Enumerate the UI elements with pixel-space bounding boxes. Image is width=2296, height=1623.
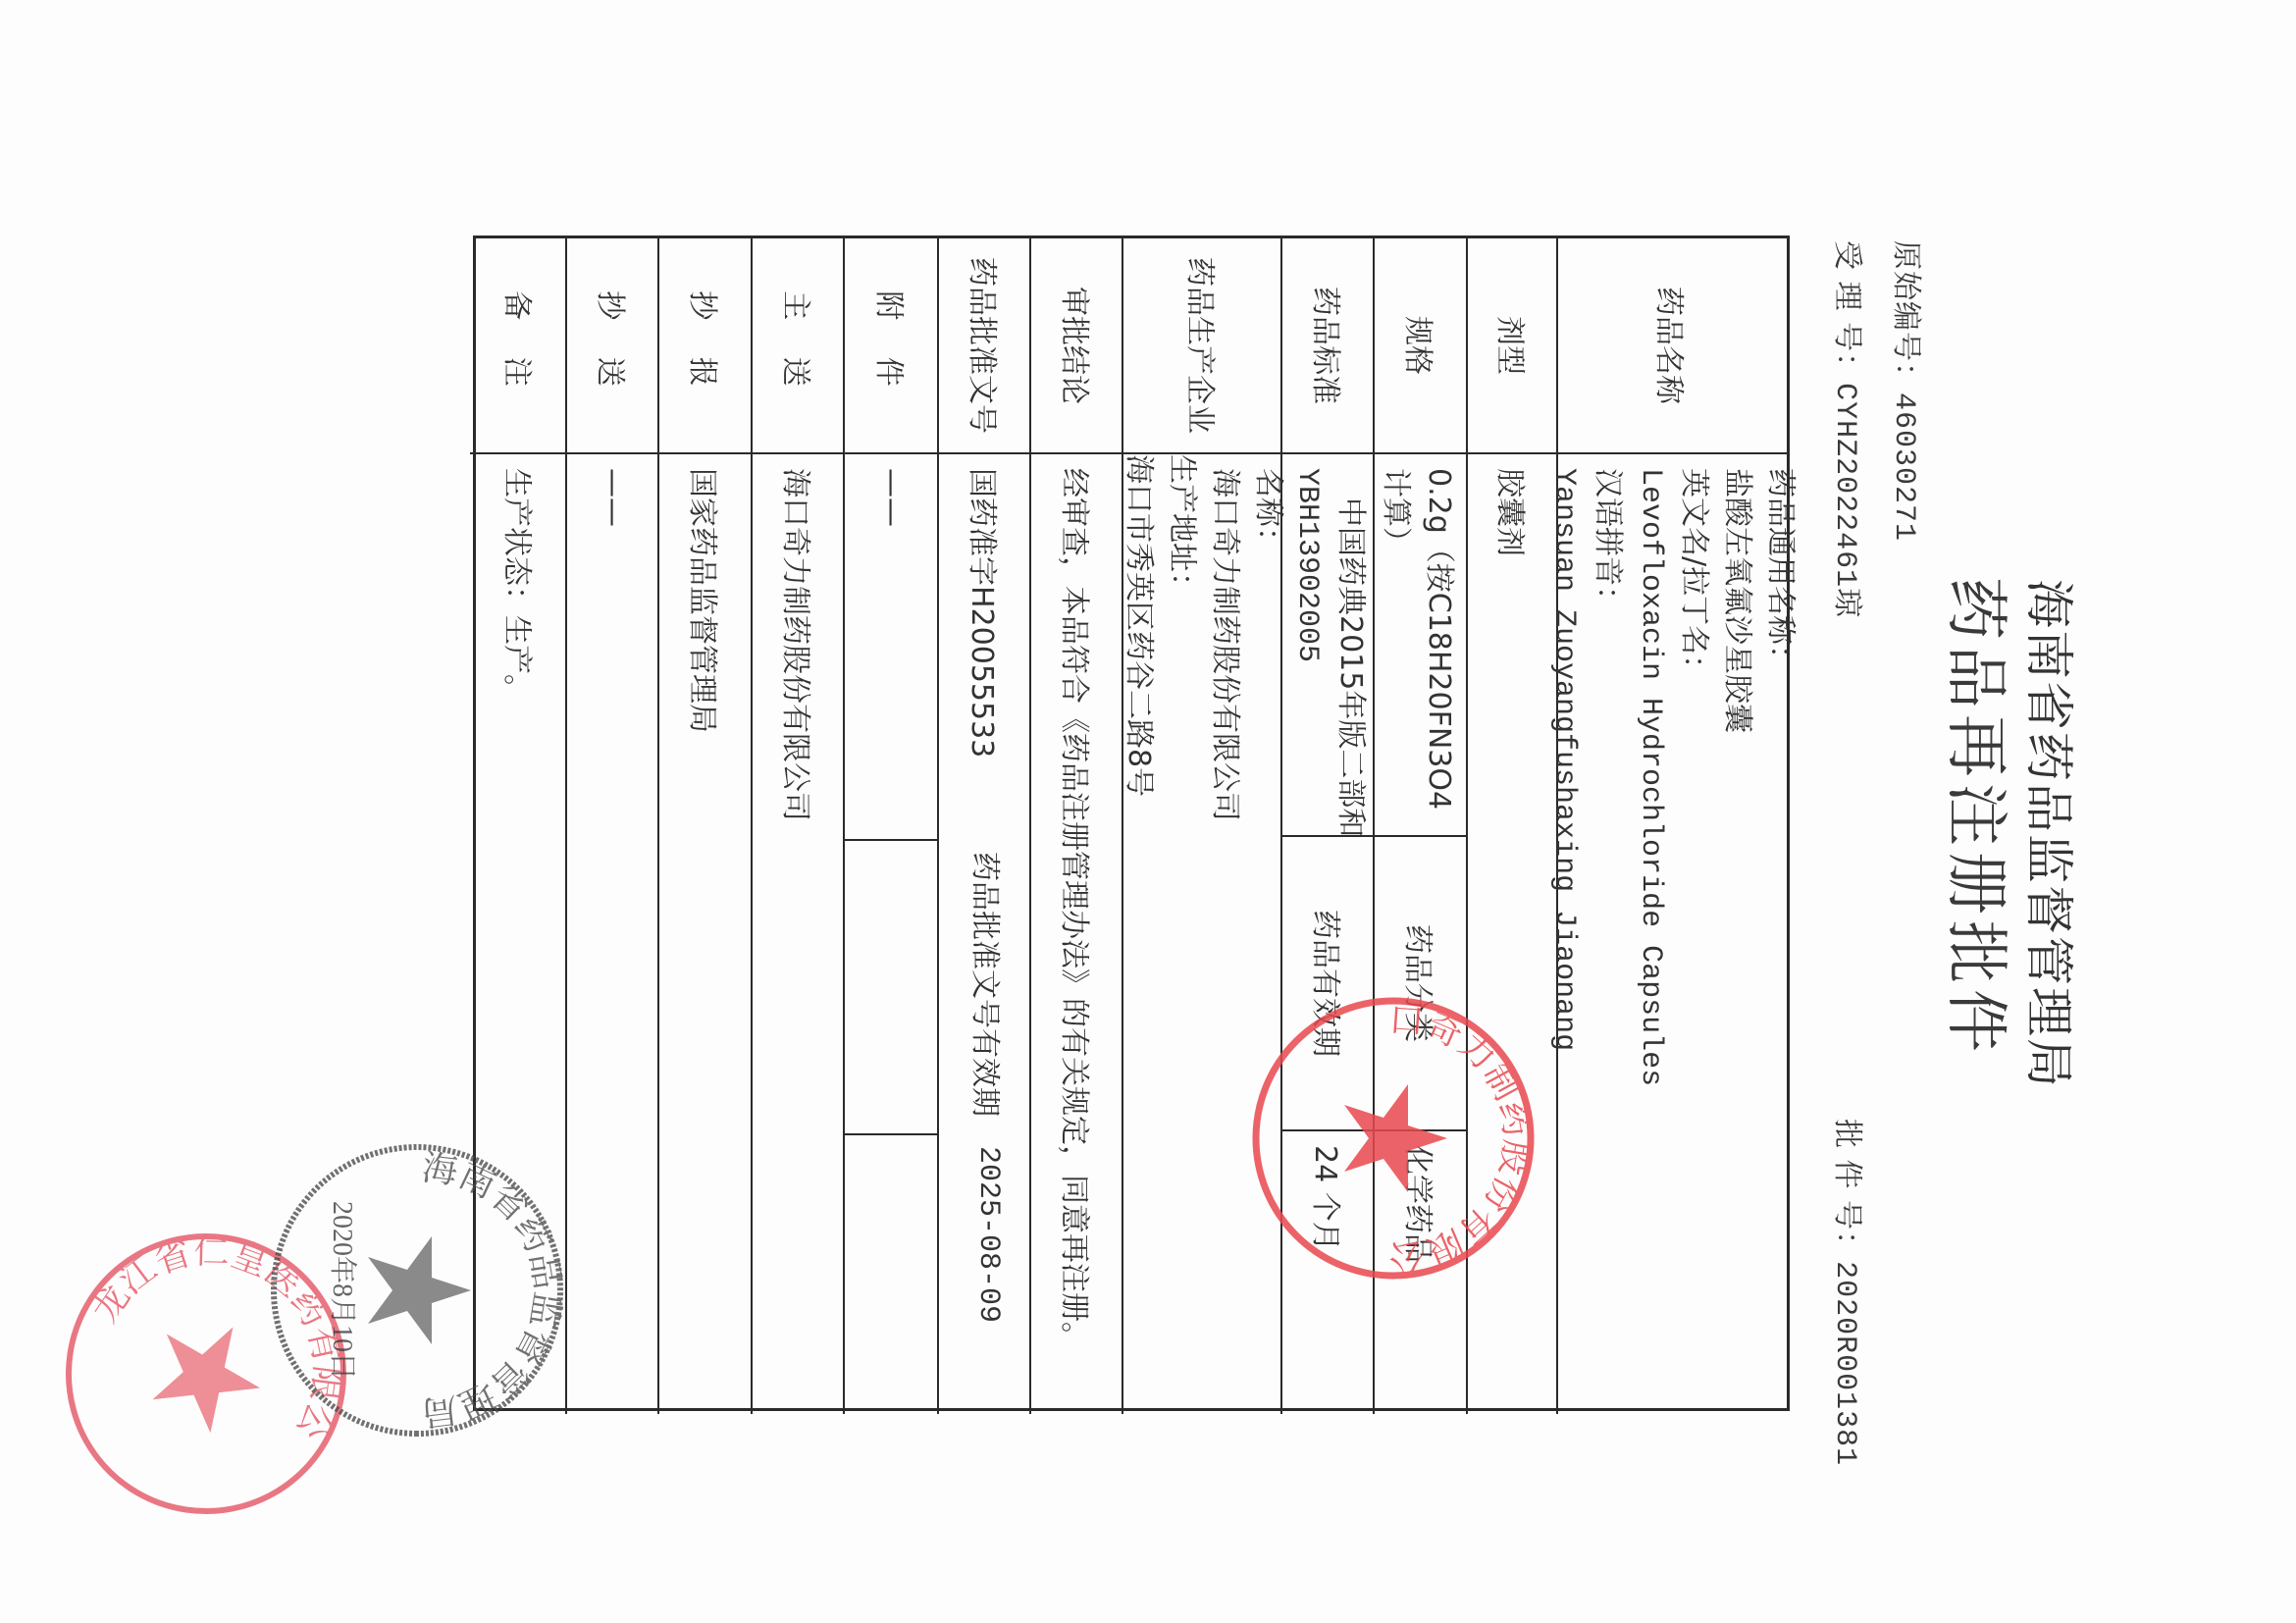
acceptance-number-label: 受 理 号： <box>1830 240 1864 383</box>
approval-validity-value: 2025-08-09 <box>942 1132 1034 1411</box>
approval-number-label: 药品批准文号 <box>939 238 1031 452</box>
pinyin-name-label: 汉语拼音： <box>1587 468 1630 1051</box>
original-number: 原始编号：46030271 <box>1887 240 1931 542</box>
english-name: 英文名/拉丁名：Levofloxacin Hydrochloride Capsu… <box>1630 468 1716 1086</box>
conclusion-label: 审批结论 <box>1031 238 1123 452</box>
authority-seal-stamp: 海南省药品监督管理局 2020年8月10日 <box>265 1138 569 1442</box>
attachment-value: —— <box>845 454 939 837</box>
attachment-label: 附 件 <box>845 238 939 452</box>
standard-value: 中国药典2015年版二部和 YBH13902005 <box>1282 454 1375 835</box>
approval-document-number-label: 批 件 号： <box>1830 1119 1864 1261</box>
manufacturer-name-label: 名称： <box>1246 468 1289 821</box>
english-name-label: 英文名/拉丁名： <box>1673 468 1716 1086</box>
document-page: 海南省药品监督管理局 药品再注册批件 原始编号：46030271 受 理 号：C… <box>0 0 2296 1623</box>
manufacturer-label: 药品生产企业 <box>1123 238 1282 452</box>
report-to-value: 国家药品监督管理局 <box>659 454 753 1414</box>
agency-name: 海南省药品监督管理局 <box>2017 579 2088 1089</box>
main-recipient-label: 主 送 <box>753 238 845 452</box>
acceptance-number-value: CYHZ2022461琼 <box>1828 383 1861 618</box>
manufacturer-address-label: 生产地址： <box>1160 454 1203 797</box>
manufacturer-name: 名称：海口奇力制药股份有限公司 <box>1203 468 1289 821</box>
generic-name-value: 盐酸左氧氟沙星胶囊 <box>1716 468 1759 733</box>
registration-table: 药品名称 药品通用名称：盐酸左氧氟沙星胶囊 英文名/拉丁名：Levofloxac… <box>473 236 1790 1411</box>
original-number-value: 46030271 <box>1887 393 1920 542</box>
company-seal-stamp: 海口奇力制药股份有限公司 <box>1246 991 1540 1285</box>
authority-seal-icon: 海南省药品监督管理局 2020年8月10日 <box>265 1138 569 1442</box>
original-number-label: 原始编号： <box>1889 240 1923 393</box>
approval-document-number: 批 件 号：2020R001381 <box>1828 1119 1872 1466</box>
document-title: 药品再注册批件 <box>1936 577 2026 1058</box>
dosage-form-label: 剂型 <box>1468 238 1558 452</box>
svg-text:2020年8月10日: 2020年8月10日 <box>327 1201 358 1380</box>
approval-validity-label: 药品批准文号有效期 <box>942 838 1034 1130</box>
acceptance-number: 受 理 号：CYHZ2022461琼 <box>1828 240 1872 618</box>
generic-name-label: 药品通用名称： <box>1759 468 1802 733</box>
company-seal-icon: 海口奇力制药股份有限公司 <box>1246 991 1540 1285</box>
specification-value: 0.2g（按C18H20FN3O4计算） <box>1375 454 1468 835</box>
drug-name-label: 药品名称 <box>1558 238 1787 452</box>
conclusion-value: 经审查，本品符合《药品注册管理办法》的有关规定，同意再注册。 <box>1031 454 1123 1414</box>
main-recipient-value: 海口奇力制药股份有限公司 <box>753 454 845 1414</box>
generic-name: 药品通用名称：盐酸左氧氟沙星胶囊 <box>1716 468 1802 733</box>
manufacturer-name-value: 海口奇力制药股份有限公司 <box>1203 468 1246 821</box>
drug-name-values: 药品通用名称：盐酸左氧氟沙星胶囊 英文名/拉丁名：Levofloxacin Hy… <box>1558 454 1787 1414</box>
manufacturer-address: 生产地址：海口市秀英区药谷二路8号 <box>1117 454 1203 797</box>
report-to-label: 抄 报 <box>659 238 753 452</box>
standard-label: 药品标准 <box>1282 238 1375 452</box>
copy-to-value: —— <box>567 454 659 1414</box>
copy-to-label: 抄 送 <box>567 238 659 452</box>
standard-value-line1: 中国药典2015年版二部和 <box>1329 468 1372 837</box>
english-name-value: Levofloxacin Hydrochloride Capsules <box>1630 468 1673 1086</box>
specification-label: 规格 <box>1375 238 1468 452</box>
approval-document-number-value: 2020R001381 <box>1828 1261 1861 1466</box>
standard-value-line2: YBH13902005 <box>1285 468 1329 662</box>
remarks-label: 备 注 <box>473 238 567 452</box>
approval-validity-date: 2025-08-09 <box>971 1146 1005 1323</box>
